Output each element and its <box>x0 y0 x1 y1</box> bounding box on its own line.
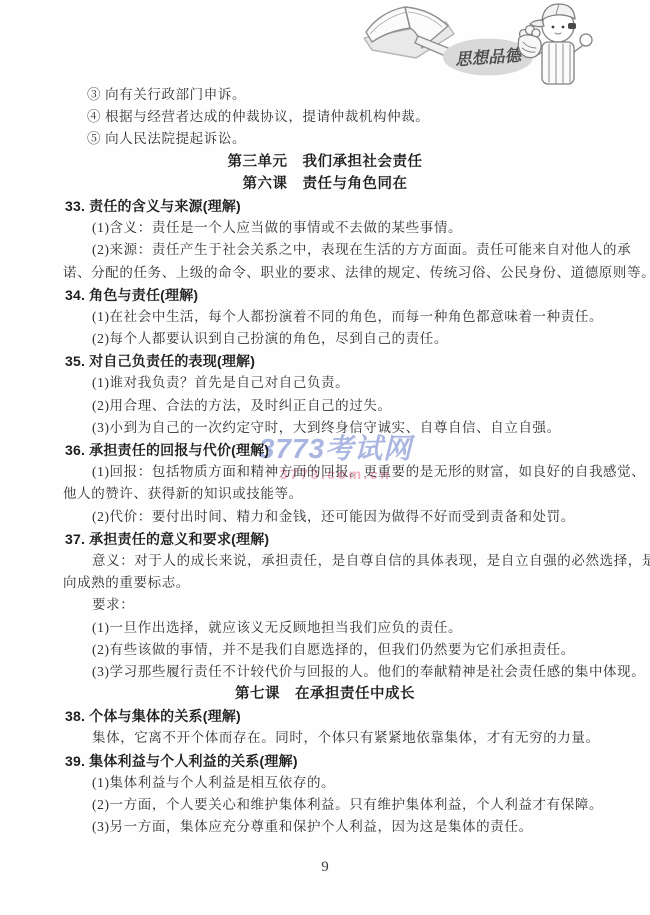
text-line: ④ 根据与经营者达成的仲裁协议，提请仲裁机构仲裁。 <box>63 106 587 128</box>
text-line: (1)谁对我负责？首先是自己对自己负责。 <box>63 372 587 394</box>
text-line: (2)代价：要付出时间、精力和金钱，还可能因为做得不好而受到责备和处罚。 <box>63 506 587 528</box>
text-line: (1)一旦作出选择，就应该义无反顾地担当我们应负的责任。 <box>63 617 587 639</box>
text-line: ⑤ 向人民法院提起诉讼。 <box>63 128 587 150</box>
section-heading-line: 34. 角色与责任(理解) <box>63 284 587 306</box>
text-line: (2)有些该做的事情，并不是我们自愿选择的，但我们仍然要为它们承担责任。 <box>63 639 587 661</box>
text-line: ③ 向有关行政部门申诉。 <box>63 84 587 106</box>
text-line: (2)一方面，个人要关心和维护集体利益。只有维护集体利益，个人利益才有保障。 <box>63 794 587 816</box>
section-heading-line: 36. 承担责任的回报与代价(理解) <box>63 439 587 461</box>
unit-heading-line: 第三单元 我们承担社会责任 <box>63 151 587 173</box>
text-line: (3)另一方面，集体应充分尊重和保护个人利益，因为这是集体的责任。 <box>63 816 587 838</box>
section-heading-line: 33. 责任的含义与来源(理解) <box>63 195 587 217</box>
content-lines: ③ 向有关行政部门申诉。④ 根据与经营者达成的仲裁协议，提请仲裁机构仲裁。⑤ 向… <box>63 84 587 838</box>
text-line: (2)每个人都要认识到自己扮演的角色，尽到自己的责任。 <box>63 328 587 350</box>
text-line: (2)来源：责任产生于社会关系之中，表现在生活的方方面面。责任可能来自对他人的承 <box>63 239 587 261</box>
section-heading-line: 35. 对自己负责任的表现(理解) <box>63 350 587 372</box>
text-line: 要求： <box>63 594 587 616</box>
text-line: 集体，它离不开个体而存在。同时，个体只有紧紧地依靠集体，才有无穷的力量。 <box>63 727 587 749</box>
section-heading-line: 39. 集体利益与个人利益的关系(理解) <box>63 750 587 772</box>
text-line: (3)学习那些履行责任不计较代价与回报的人。他们的奉献精神是社会责任感的集中体现… <box>63 661 587 683</box>
text-line: (1)回报：包括物质方面和精神方面的回报。更重要的是无形的财富，如良好的自我感觉… <box>63 461 587 483</box>
text-line: (1)集体利益与个人利益是相互依存的。 <box>63 772 587 794</box>
text-line: (1)在社会中生活，每个人都扮演着不同的角色，而每一种角色都意味着一种责任。 <box>63 306 587 328</box>
section-heading-line: 37. 承担责任的意义和要求(理解) <box>63 528 587 550</box>
section-heading-line: 38. 个体与集体的关系(理解) <box>63 705 587 727</box>
text-line: 向成熟的重要标志。 <box>63 572 587 594</box>
text-line: 他人的赞许、获得新的知识或技能等。 <box>63 483 587 505</box>
header-illustration: 思想品德 <box>358 0 600 92</box>
unit-heading-line: 第六课 责任与角色同在 <box>63 173 587 195</box>
page-number: 9 <box>0 859 650 876</box>
open-book-icon <box>364 7 459 58</box>
text-line: 诺、分配的任务、上级的命令、职业的要求、法律的规定、传统习俗、公民身份、道德原则… <box>63 262 587 284</box>
text-line: (3)小到为自己的一次约定守时，大到终身信守诚实、自尊自信、自立自强。 <box>63 417 587 439</box>
unit-heading-line: 第七课 在承担责任中成长 <box>63 683 587 705</box>
scanned-textbook-page: 思想品德 <box>0 0 650 915</box>
baseball-glove-icon <box>518 26 541 58</box>
mascot-boy-icon <box>518 4 592 84</box>
text-line: 意义：对于人的成长来说，承担责任，是自尊自信的具体表现，是自立自强的必然选择，是… <box>63 550 587 572</box>
text-line: (2)用合理、合法的方法，及时纠正自己的过失。 <box>63 395 587 417</box>
eyepatch-icon <box>568 23 576 29</box>
text-line: (1)含义：责任是一个人应当做的事情或不去做的某些事情。 <box>63 217 587 239</box>
